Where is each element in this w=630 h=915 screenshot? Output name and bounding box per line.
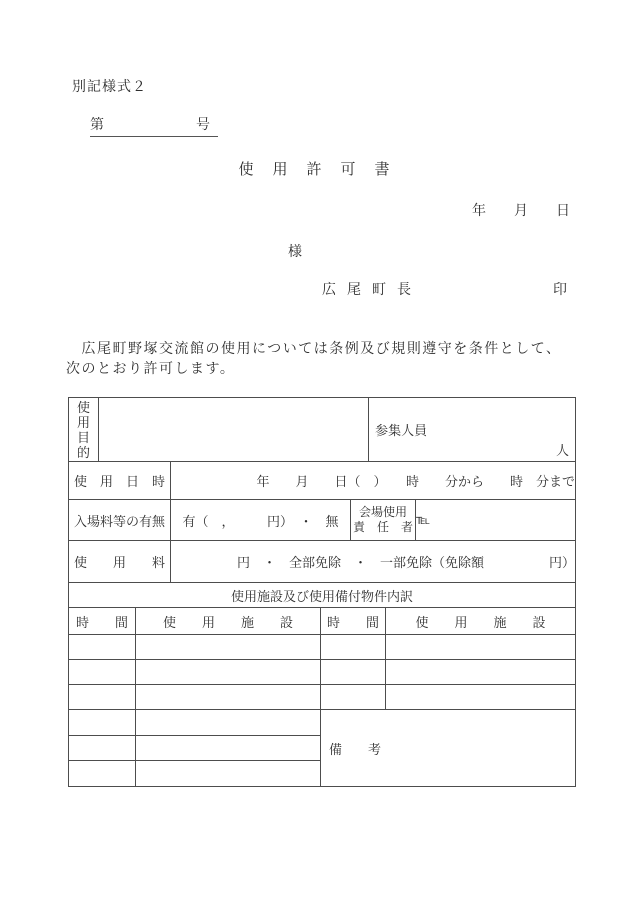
time-blank-cell <box>321 660 386 685</box>
time-blank-cell <box>69 761 136 787</box>
fee-value-cell: 円 ・ 全部免除 ・ 一部免除（免除額 円） <box>171 541 576 583</box>
facility-blank-cell <box>386 635 576 660</box>
body-paragraph: 広尾町野塚交流館の使用については条例及び規則遵守を条件として、 次のとおり許可し… <box>66 340 586 379</box>
purpose-label-cell: 使用目的 <box>69 398 99 462</box>
form-style-label: 別記様式２ <box>72 76 147 96</box>
body-line-1: 広尾町野塚交流館の使用については条例及び規則遵守を条件として、 <box>66 340 586 360</box>
time-blank-cell <box>69 660 136 685</box>
time-blank-cell <box>69 685 136 710</box>
document-page: 別記様式２ 第 号 使 用 許 可 書 年 月 日 様 広尾町長 印 広尾町野塚… <box>0 0 630 915</box>
facility-header-cell-2: 使 用 施 設 <box>386 608 576 635</box>
time-blank-cell <box>321 685 386 710</box>
facility-blank-cell <box>136 736 321 761</box>
venue-manager-cell: 会場使用 責 任 者 <box>351 500 416 541</box>
remarks-label: 備 考 <box>321 735 575 762</box>
doc-number-suffix: 号 <box>196 114 210 134</box>
issuer-seal: 印 <box>553 279 567 299</box>
fee-label-cell: 使 用 料 <box>69 541 171 583</box>
facility-blank-cell <box>136 761 321 787</box>
attendees-cell: 参集人員 人 <box>369 398 576 462</box>
time-blank-cell <box>69 635 136 660</box>
issue-date-line: 年 月 日 <box>0 200 630 220</box>
facility-blank-cell <box>136 660 321 685</box>
time-header-cell-2: 時 間 <box>321 608 386 635</box>
time-header-cell-1: 時 間 <box>69 608 136 635</box>
time-blank-cell <box>321 635 386 660</box>
tel-cell: ℡ <box>416 500 576 541</box>
facility-blank-cell <box>386 685 576 710</box>
attendees-label: 参集人員 <box>369 417 575 442</box>
time-blank-cell <box>69 710 136 736</box>
doc-number-line: 第 号 <box>90 114 218 137</box>
venue-manager-label-line1: 会場使用 <box>351 505 415 520</box>
doc-number-prefix: 第 <box>90 114 104 134</box>
doc-title: 使 用 許 可 書 <box>0 158 630 179</box>
datetime-value-cell: 年 月 日（ ） 時 分から 時 分まで <box>171 462 576 500</box>
attendees-unit: 人 <box>556 440 569 459</box>
admission-label-cell: 入場料等の有無 <box>69 500 171 541</box>
remarks-cell: 備 考 <box>321 710 576 787</box>
facility-blank-cell <box>386 660 576 685</box>
body-line-2: 次のとおり許可します。 <box>66 360 586 380</box>
facility-blank-cell <box>136 710 321 736</box>
time-blank-cell <box>69 736 136 761</box>
addressee-honorific: 様 <box>288 241 302 261</box>
datetime-label-cell: 使 用 日 時 <box>69 462 171 500</box>
breakdown-header-cell: 使用施設及び使用備付物件内訳 <box>69 583 576 608</box>
permit-table: 使用目的 参集人員 人 使 用 日 時 年 月 日（ ） 時 分から 時 分まで… <box>68 397 576 787</box>
facility-header-cell-1: 使 用 施 設 <box>136 608 321 635</box>
facility-blank-cell <box>136 635 321 660</box>
admission-value-cell: 有（ ， 円） ・ 無 <box>171 500 351 541</box>
venue-manager-label-line2: 責 任 者 <box>351 520 415 535</box>
purpose-blank-cell <box>99 398 369 462</box>
purpose-label: 使用目的 <box>77 400 91 460</box>
facility-blank-cell <box>136 685 321 710</box>
issuer-name: 広尾町長 <box>322 279 422 299</box>
